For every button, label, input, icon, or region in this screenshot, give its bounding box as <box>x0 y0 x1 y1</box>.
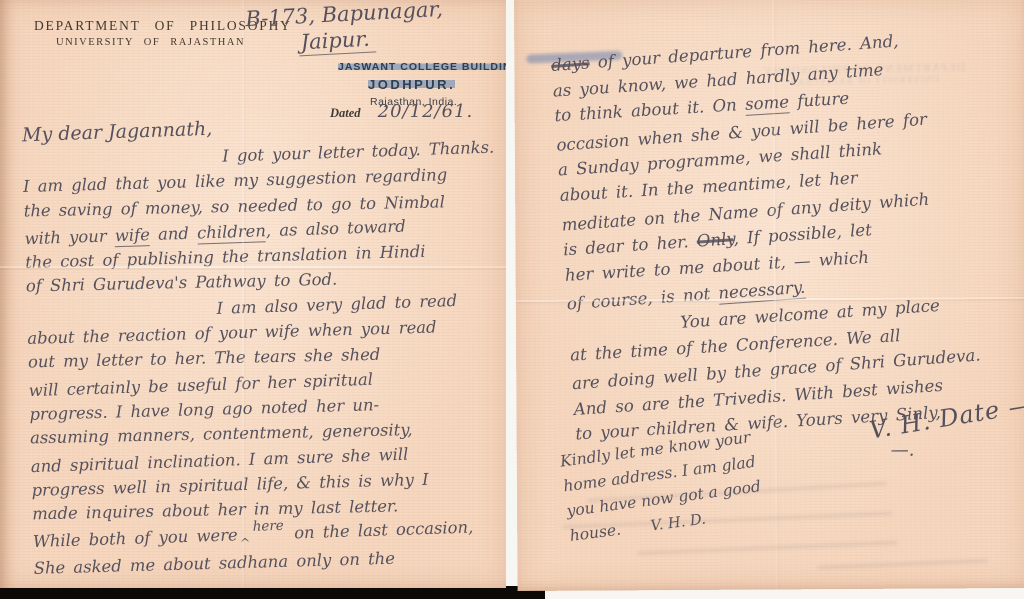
word-run: and <box>150 223 198 244</box>
word-run: While both of you were <box>33 526 238 552</box>
letter-page-2: DEPARTMENT OF PHILOSOPHY UNIVERSITY OF R… <box>514 0 1024 591</box>
signature-flourish: —. <box>891 440 915 461</box>
date-value: 20/12/61. <box>378 101 474 122</box>
marked-word: days <box>551 53 591 75</box>
stamp-buildings-line: JASWANT COLLEGE BUILDINGS, <box>338 61 506 73</box>
marked-word: children <box>197 221 266 244</box>
ink-bleedthrough <box>817 559 987 569</box>
marked-word: wife <box>115 225 151 247</box>
word-run: with your <box>24 226 115 248</box>
sender-address: B-173, Bapunagar, Jaipur. <box>245 0 445 59</box>
marked-word: necessary. <box>718 278 806 305</box>
letter-body-page-1: I got your letter today. Thanks.I am gla… <box>22 136 506 581</box>
word-run: on the last occasion, <box>286 518 474 543</box>
word-run: future <box>788 89 849 112</box>
fold-crease <box>0 266 506 268</box>
marked-word: here <box>252 519 283 535</box>
letter-page-1: DEPARTMENT OF PHILOSOPHY UNIVERSITY OF R… <box>0 0 506 588</box>
word-run: , as also toward <box>266 216 406 240</box>
salutation: My dear Jagannath, <box>22 118 213 147</box>
stamp-city-line: JODHPUR. <box>368 77 455 92</box>
ink-bleedthrough <box>637 541 897 555</box>
fold-crease <box>242 0 244 588</box>
address-city: Jaipur. <box>298 26 376 56</box>
marked-word: some <box>744 92 789 116</box>
marked-word: Only <box>696 229 734 250</box>
address-street: B-173, Bapunagar, <box>245 0 444 31</box>
scanned-letter: DEPARTMENT OF PHILOSOPHY UNIVERSITY OF R… <box>0 0 1024 599</box>
dated-label: Dated <box>330 106 361 120</box>
date-row: Dated 20/12/61. <box>330 101 473 122</box>
letter-body-page-2: days of your departure from here. And,as… <box>550 21 1024 450</box>
